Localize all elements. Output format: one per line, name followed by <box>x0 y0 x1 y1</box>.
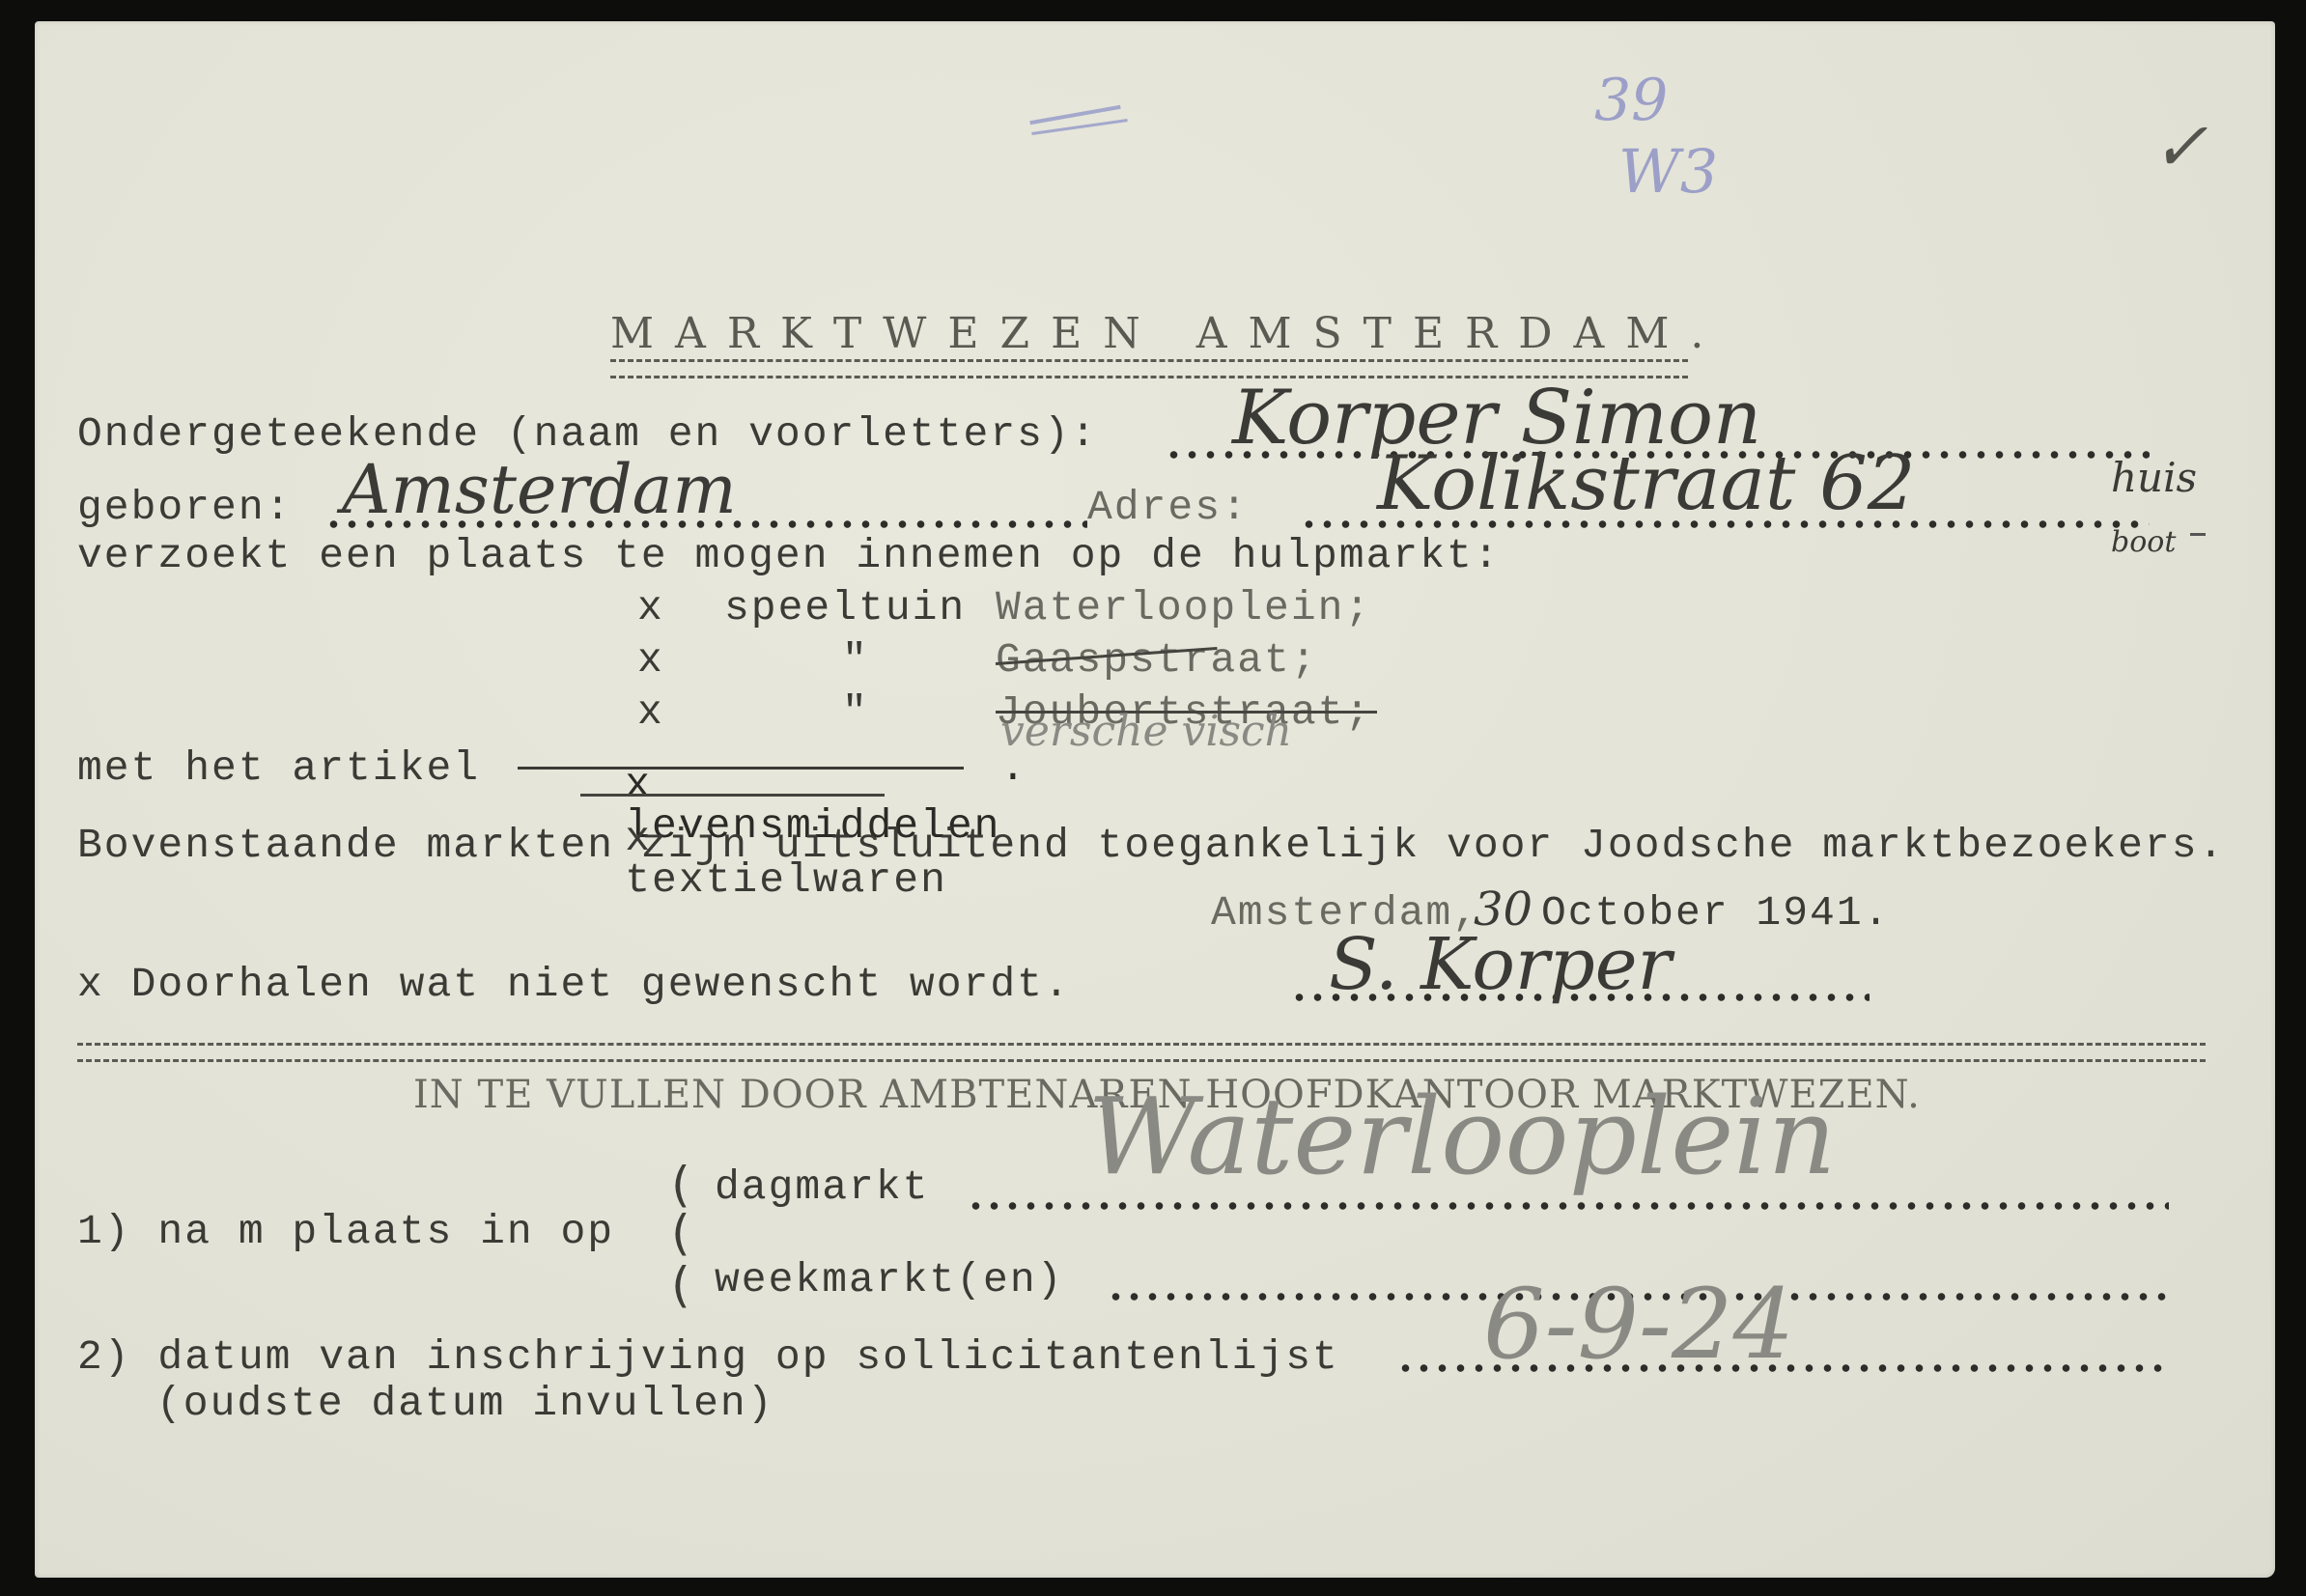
article-option-2-strikethrough <box>580 794 885 797</box>
born-handwritten: Amsterdam <box>342 456 737 523</box>
market-option-1-location: Waterlooplein; <box>996 587 1371 629</box>
request-line: verzoekt een plaats te mogen innemen op … <box>77 535 1501 576</box>
document-title: MARKTWEZEN AMSTERDAM. <box>610 313 1725 355</box>
address-handwritten: Kolikstraat 62 <box>1377 446 1915 521</box>
document-card: 39 W3 ✓ MARKTWEZEN AMSTERDAM. Ondergetee… <box>35 21 2275 1578</box>
market-option-2-mark: x <box>637 639 664 681</box>
article-label: met het artikel <box>77 747 480 789</box>
market-option-2-type: " <box>842 639 869 681</box>
market-option-1-type: speeltuin <box>724 587 966 629</box>
archive-number-bottom: W3 <box>1618 142 1718 202</box>
item-2-sublabel: (oudste datum invullen) <box>156 1383 774 1424</box>
item-1-label: 1) na m plaats in op <box>77 1211 614 1252</box>
check-mark-icon: ✓ <box>2151 113 2208 181</box>
item-2-label: 2) datum van inschrijving op sollicitant… <box>77 1336 1339 1378</box>
address-label: Adres: <box>1087 487 1249 528</box>
article-period: . <box>1000 747 1027 789</box>
address-note-bottom: boot <box>2111 528 2176 557</box>
signature-handwritten: S. Korper <box>1329 929 1672 1000</box>
item-2-handwritten: 6-9-24 <box>1483 1276 1794 1373</box>
notice-text: Bovenstaande markten zijn uitsluitend to… <box>77 825 2225 866</box>
born-label: geboren: <box>77 487 292 528</box>
dagmarkt-label: dagmarkt <box>715 1166 929 1208</box>
section-separator <box>77 1043 2206 1062</box>
article-handwritten: versche visch <box>1000 711 1292 753</box>
strike-instruction: x Doorhalen wat niet gewenscht wordt. <box>77 964 1071 1005</box>
dagmarkt-dotted-line <box>967 1201 2169 1211</box>
weekmarkt-label: weekmarkt(en) <box>715 1259 1063 1301</box>
article-fraction-line <box>518 767 964 770</box>
archive-number-top: 39 <box>1594 71 1668 129</box>
brace-bottom: ( <box>665 1257 694 1313</box>
market-option-1-mark: x <box>637 587 664 629</box>
brace-middle: ( <box>665 1205 694 1261</box>
address-note-dash <box>2190 533 2206 536</box>
dagmarkt-handwritten: Waterlooplein <box>1087 1083 1836 1190</box>
address-note-top: huis <box>2111 458 2197 498</box>
name-label: Ondergeteekende (naam en voorletters): <box>77 413 1098 455</box>
